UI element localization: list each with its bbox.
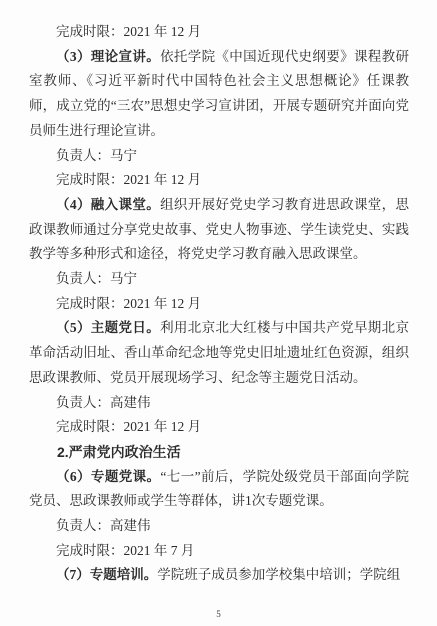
- numbered-item: （5）主题党日。利用北京北大红楼与中国共产党早期北京革命活动旧址、香山革命纪念地…: [29, 316, 409, 390]
- document-body: 完成时限：2021 年 12 月（3）理论宣讲。依托学院《中国近现代史纲要》课程…: [29, 20, 409, 588]
- item-label: （3）理论宣讲。: [56, 49, 160, 64]
- item-label: （4）融入课堂。: [56, 197, 160, 212]
- item-label: （7）专题培训。: [56, 567, 157, 582]
- numbered-item: （6）专题党课。“七一”前后，学院处级党员干部面向学院党员、思政课教师或学生等群…: [29, 465, 409, 514]
- meta-line: 负责人：高建伟: [29, 391, 409, 416]
- item-text: 学院班子成员参加学校集中培训；学院组: [157, 567, 400, 582]
- meta-line: 完成时限：2021 年 12 月: [29, 20, 409, 45]
- meta-line: 完成时限：2021 年 12 月: [29, 292, 409, 317]
- page-number: 5: [0, 609, 437, 619]
- numbered-item: （7）专题培训。学院班子成员参加学校集中培训；学院组: [29, 563, 409, 588]
- meta-line: 负责人：高建伟: [29, 514, 409, 539]
- numbered-item: （4）融入课堂。组织开展好党史学习教育进思政课堂，思政课教师通过分享党史故事、党…: [29, 193, 409, 267]
- item-label: （6）专题党课。: [56, 469, 160, 484]
- numbered-item: （3）理论宣讲。依托学院《中国近现代史纲要》课程教研室教师、《习近平新时代中国特…: [29, 45, 409, 144]
- section-heading: 2.严肃党内政治生活: [29, 440, 409, 465]
- meta-line: 负责人：马宁: [29, 144, 409, 169]
- document-page: 完成时限：2021 年 12 月（3）理论宣讲。依托学院《中国近现代史纲要》课程…: [0, 0, 437, 626]
- meta-line: 负责人：马宁: [29, 267, 409, 292]
- meta-line: 完成时限：2021 年 12 月: [29, 168, 409, 193]
- item-label: （5）主题党日。: [56, 320, 160, 335]
- meta-line: 完成时限：2021 年 7 月: [29, 539, 409, 564]
- meta-line: 完成时限：2021 年 12 月: [29, 415, 409, 440]
